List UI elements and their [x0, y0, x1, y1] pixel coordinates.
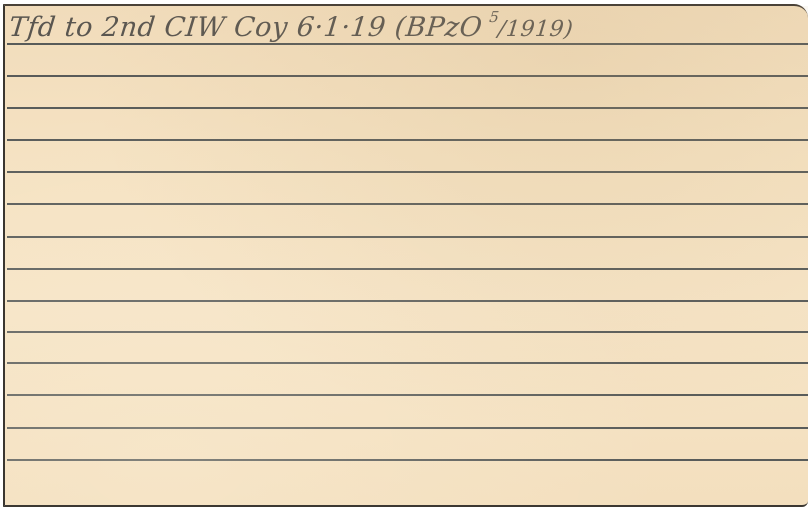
- ruled-line: [7, 236, 808, 238]
- ruled-line: [7, 427, 808, 429]
- ruled-line: [7, 362, 808, 364]
- ruled-line: [7, 331, 808, 333]
- handwritten-fraction-denominator: /1919): [497, 17, 575, 42]
- ruled-line: [7, 75, 808, 77]
- handwritten-entry: Tfd to 2nd CIW Coy 6·1·19 (BPzO5/1919): [7, 12, 575, 43]
- index-card: Tfd to 2nd CIW Coy 6·1·19 (BPzO5/1919): [3, 4, 808, 507]
- ruled-line: [7, 203, 808, 205]
- ruled-line: [7, 394, 808, 396]
- ruled-line: [7, 300, 808, 302]
- handwritten-main-text: Tfd to 2nd CIW Coy 6·1·19 (BPzO: [7, 12, 484, 43]
- ruled-line: [7, 268, 808, 270]
- ruled-line: [7, 171, 808, 173]
- ruled-line: [7, 459, 808, 461]
- ruled-line: [7, 139, 808, 141]
- ruled-line: [7, 43, 808, 45]
- ruled-line: [7, 107, 808, 109]
